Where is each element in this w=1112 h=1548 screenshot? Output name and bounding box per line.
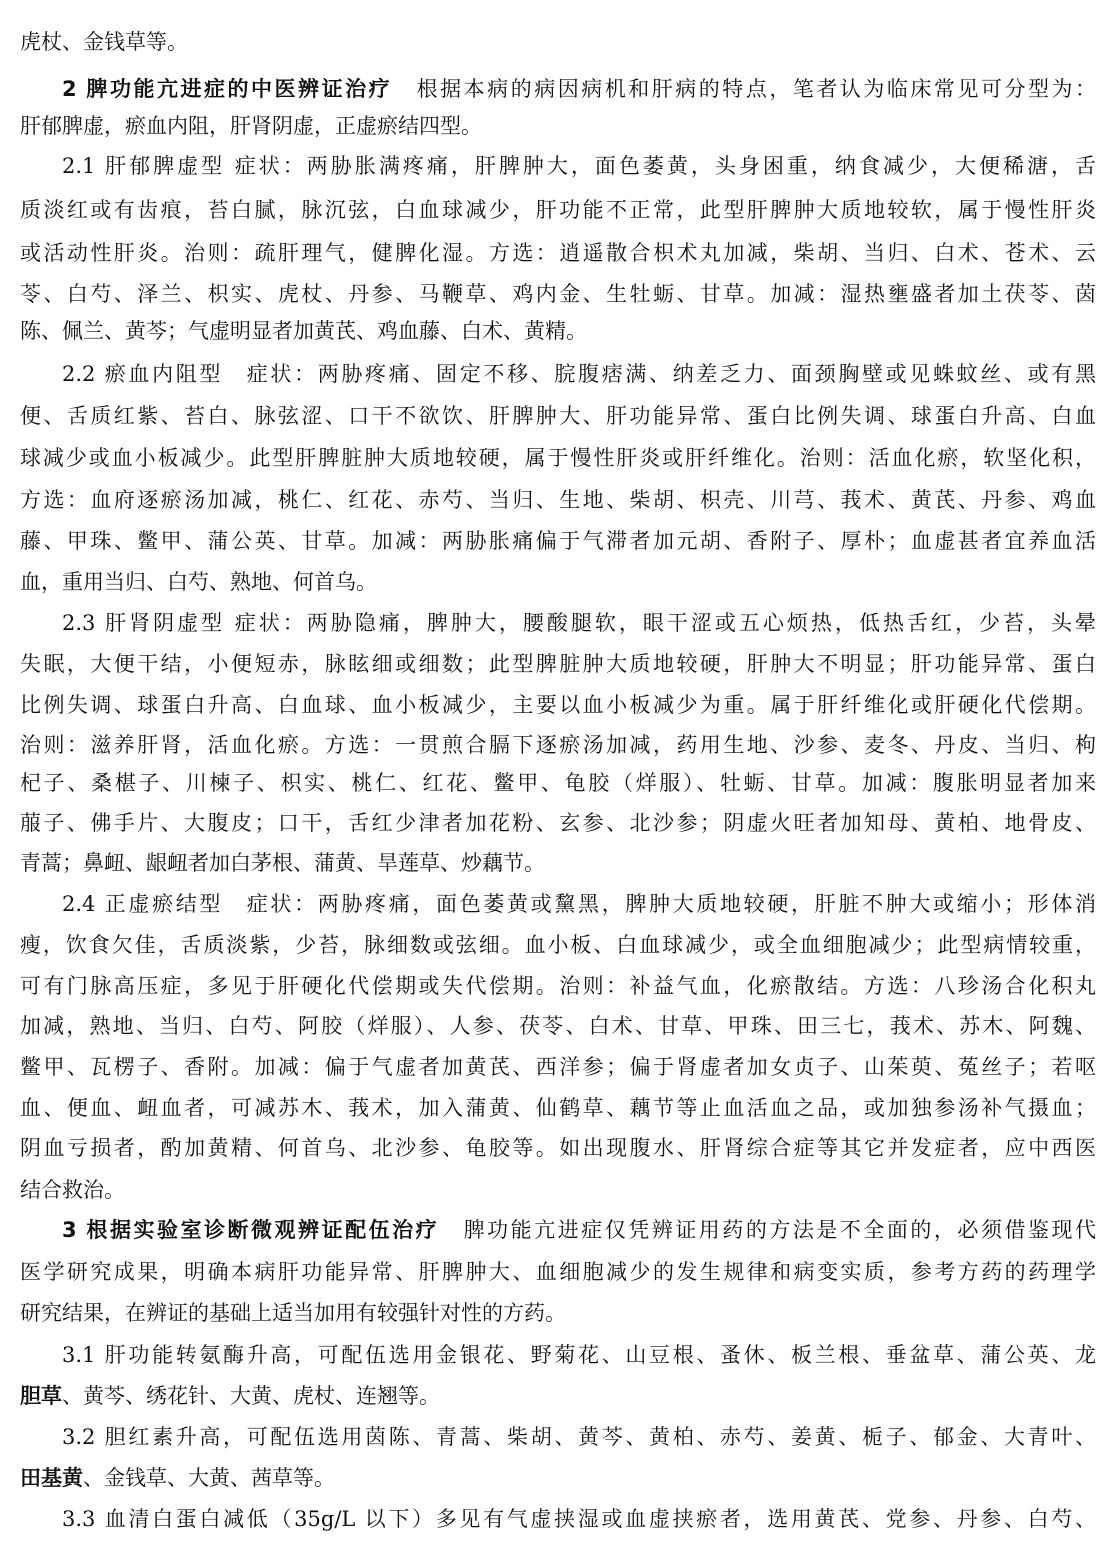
- text-line: 虎杖、金钱草等。: [20, 28, 1096, 56]
- text-line: 鳖甲、瓦楞子、香附。加减：偏于气虚者加黄芪、西洋参；偏于肾虚者加女贞子、山茱萸、…: [20, 1053, 1096, 1081]
- section-heading: 3 根据实验室诊断微观辨证配伍治疗: [62, 1218, 439, 1242]
- text-line: 加减，熟地、当归、白芍、阿胶（烊服）、人参、茯苓、白术、甘草、甲珠、田三七，莪术…: [20, 1012, 1096, 1040]
- section-3-heading-line: 3 根据实验室诊断微观辨证配伍治疗脾功能亢进症仅凭辨证用药的方法是不全面的，必须…: [62, 1216, 1096, 1244]
- text-line: 可有门脉高压症，多见于肝硬化代偿期或失代偿期。治则：补益气血，化瘀散结。方选：八…: [20, 972, 1096, 1000]
- bold-term: 田基黄: [20, 1466, 83, 1490]
- subsection-2-4-line: 2.4 正虚瘀结型 症状：两胁疼痛，面色萎黄或黧黑，脾肿大质地较硬，肝脏不肿大或…: [62, 890, 1096, 918]
- text-line: 便、舌质红紫、苔白、脉弦涩、口干不欲饮、肝脾肿大、肝功能异常、蛋白比例失调、球蛋…: [20, 402, 1096, 430]
- text-line: 杞子、桑椹子、川楝子、枳实、桃仁、红花、鳖甲、龟胶（烊服）、牡蛎、甘草。加减：腹…: [20, 769, 1096, 797]
- text-span: 根据本病的病因病机和肝病的特点，笔者认为临床常见可分型为：: [414, 77, 1096, 101]
- text-line: 质淡红或有齿痕，苔白腻，脉沉弦，白血球减少，肝功能不正常，此型肝脾肿大质地较软，…: [20, 196, 1096, 224]
- text-line: 田基黄、金钱草、大黄、茜草等。: [20, 1464, 1096, 1492]
- text-line: 菔子、佛手片、大腹皮；口干，舌红少津者加花粉、玄参、北沙参；阴虚火旺者加知母、黄…: [20, 809, 1096, 837]
- text-line: 肝郁脾虚，瘀血内阻，肝肾阴虚，正虚瘀结四型。: [20, 112, 1096, 140]
- text-line: 阴血亏损者，酌加黄精、何首乌、北沙参、龟胶等。如出现腹水、肝肾综合症等其它并发症…: [20, 1134, 1096, 1162]
- text-line: 或活动性肝炎。治则：疏肝理气，健脾化湿。方选：逍遥散合枳术丸加减，柴胡、当归、白…: [20, 239, 1096, 267]
- subsection-3-1-line: 3.1 肝功能转氨酶升高，可配伍选用金银花、野菊花、山豆根、蚤休、板兰根、垂盆草…: [62, 1341, 1096, 1369]
- text-line: 失眠，大便干结，小便短赤，脉眩细或细数；此型脾脏肿大质地较硬，肝肿大不明显；肝功…: [20, 650, 1096, 678]
- text-line: 藤、甲珠、鳖甲、蒲公英、甘草。加减：两胁胀痛偏于气滞者加元胡、香附子、厚朴；血虚…: [20, 527, 1096, 555]
- subsection-3-2-line: 3.2 胆红素升高，可配伍选用茵陈、青蒿、柴胡、黄芩、黄柏、赤芍、姜黄、栀子、郁…: [62, 1423, 1096, 1451]
- text-line: 血，重用当归、白芍、熟地、何首乌。: [20, 568, 1096, 596]
- bold-term: 胆草: [20, 1384, 62, 1408]
- section-2-heading-line: 2 脾功能亢进症的中医辨证治疗根据本病的病因病机和肝病的特点，笔者认为临床常见可…: [62, 75, 1096, 103]
- text-line: 方选：血府逐瘀汤加减，桃仁、红花、赤芍、当归、生地、柴胡、枳壳、川芎、莪术、黄芪…: [20, 486, 1096, 514]
- text-line: 治则：滋养肝肾，活血化瘀。方选：一贯煎合膈下逐瘀汤加减，药用生地、沙参、麦冬、丹…: [20, 731, 1096, 759]
- subsection-2-2-line: 2.2 瘀血内阻型 症状：两胁疼痛、固定不移、脘腹痞满、纳差乏力、面颈胸壁或见蛛…: [62, 360, 1096, 388]
- subsection-3-3-line: 3.3 血清白蛋白减低（35g/L 以下）多见有气虚挟湿或血虚挟瘀者，选用黄芪、…: [62, 1505, 1096, 1533]
- section-heading: 2 脾功能亢进症的中医辨证治疗: [62, 77, 392, 101]
- subsection-2-3-line: 2.3 肝肾阴虚型 症状：两胁隐痛，脾肿大，腰酸腿软，眼干涩或五心烦热，低热舌红…: [62, 609, 1096, 637]
- text-line: 血、便血、衄血者，可减苏木、莪术，加入蒲黄、仙鹤草、藕节等止血活血之品，或加独参…: [20, 1094, 1096, 1122]
- text-line: 苓、白芍、泽兰、枳实、虎杖、丹参、马鞭草、鸡内金、生牡蛎、甘草。加减：湿热壅盛者…: [20, 280, 1096, 308]
- document-page: 虎杖、金钱草等。 2 脾功能亢进症的中医辨证治疗根据本病的病因病机和肝病的特点，…: [0, 0, 1112, 1548]
- text-line: 比例失调、球蛋白升高、白血球、血小板减少，主要以血小板减少为重。属于肝纤维化或肝…: [20, 691, 1096, 719]
- text-line: 球减少或血小板减少。此型肝脾脏肿大质地较硬，属于慢性肝炎或肝纤维化。治则：活血化…: [20, 444, 1096, 472]
- text-line: 研究结果，在辨证的基础上适当加用有较强针对性的方药。: [20, 1299, 1096, 1327]
- text-span: 、金钱草、大黄、茜草等。: [83, 1466, 335, 1490]
- text-line: 陈、佩兰、黄芩；气虚明显者加黄芪、鸡血藤、白术、黄精。: [20, 317, 1096, 345]
- text-line: 结合救治。: [20, 1176, 1096, 1204]
- text-span: 脾功能亢进症仅凭辨证用药的方法是不全面的，必须借鉴现代: [461, 1218, 1096, 1242]
- text-line: 瘦，饮食欠佳，舌质淡紫，少苔，脉细数或弦细。血小板、白血球减少，或全血细胞减少；…: [20, 931, 1096, 959]
- subsection-2-1-line: 2.1 肝郁脾虚型 症状：两胁胀满疼痛，肝脾肿大，面色萎黄，头身困重，纳食减少，…: [62, 152, 1096, 180]
- text-line: 青蒿；鼻衄、龈衄者加白茅根、蒲黄、旱莲草、炒藕节。: [20, 849, 1096, 877]
- text-span: 、黄芩、绣花针、大黄、虎杖、连翘等。: [62, 1384, 440, 1408]
- text-line: 胆草、黄芩、绣花针、大黄、虎杖、连翘等。: [20, 1382, 1096, 1410]
- text-line: 医学研究成果，明确本病肝功能异常、肝脾肿大、血细胞减少的发生规律和病变实质，参考…: [20, 1258, 1096, 1286]
